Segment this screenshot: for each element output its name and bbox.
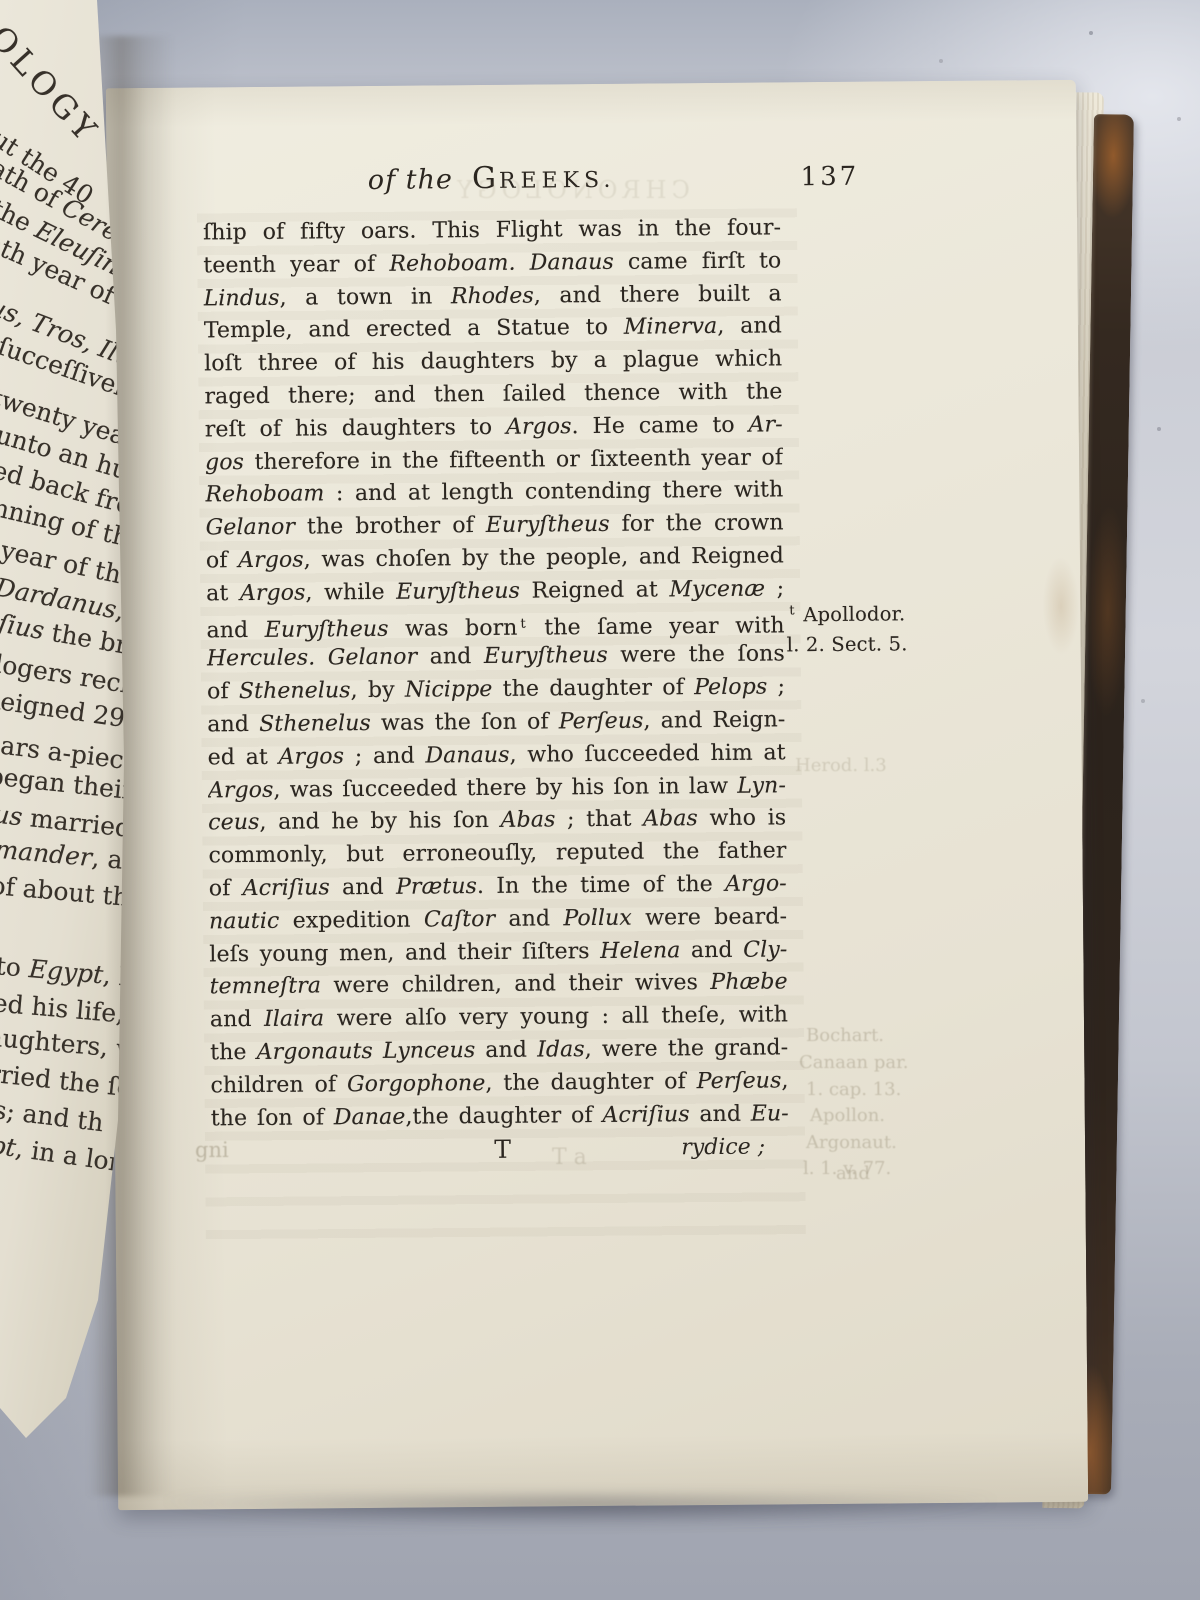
running-title-rest: REEKS.: [499, 168, 616, 194]
text-segment: ; that: [555, 807, 643, 833]
text-segment: teenth year of: [203, 252, 389, 279]
text-segment: was the ſon of: [371, 709, 559, 736]
text-line: and Ilaira were alſo very young : all th…: [210, 999, 788, 1037]
text-segment: and: [206, 617, 264, 643]
text-segment: Argos: [506, 414, 572, 440]
text-segment: Argo-: [725, 871, 787, 897]
text-segment: Nicippe: [405, 677, 493, 703]
text-segment: Cly-: [743, 937, 787, 962]
text-segment: Egypt: [28, 954, 105, 989]
text-segment: , and there built a: [534, 281, 782, 308]
text-segment: and: [330, 875, 396, 901]
text-segment: , was choſen by the people, and Reigned: [304, 543, 784, 572]
text-segment: , a town in: [280, 284, 451, 310]
text-line: reſt of his daughters to Argos. He came …: [205, 409, 783, 447]
text-segment: the daughter of: [492, 675, 694, 702]
text-segment: therefore in the fifteenth or ſixteenth …: [244, 445, 783, 475]
text-segment: Eu-: [751, 1101, 789, 1126]
text-segment: , while: [305, 580, 396, 606]
text-segment: loſt three of his daughters by a plague …: [204, 347, 782, 377]
text-segment: Sthenelus: [239, 678, 351, 704]
text-segment: of: [209, 876, 243, 901]
text-segment: was born: [388, 615, 517, 641]
text-segment: were alſo very young : all theſe, with: [324, 1002, 788, 1031]
text-line: Temple, and erected a Statue to Minerva,…: [204, 311, 782, 349]
text-segment: gos: [205, 450, 244, 475]
text-segment: Hercules.: [207, 646, 316, 672]
signature-row: T rydice ;: [211, 1130, 789, 1168]
text-line: gos therefore in the fifteenth or ſixtee…: [205, 442, 783, 480]
text-segment: of: [207, 679, 239, 704]
text-segment: , and: [717, 314, 782, 340]
catchword: rydice ;: [681, 1131, 765, 1165]
text-line: teenth year of Rehoboam. Danaus came fir…: [203, 245, 781, 283]
text-segment: expedition: [279, 907, 424, 933]
text-segment: of: [206, 548, 238, 573]
text-segment: Prætus: [396, 874, 477, 900]
text-segment: nautic: [209, 909, 279, 935]
text-segment: the ſame year with: [528, 613, 785, 640]
main-text-block: ſhip of fifty oars. This Flight was in t…: [203, 212, 789, 1135]
text-segment: Euryſtheus: [265, 616, 389, 642]
text-segment: Caſtor: [424, 907, 496, 933]
text-line: Argos, was ſucceeded there by his ſon in…: [208, 770, 786, 808]
text-segment: Argos: [238, 548, 304, 574]
text-line: the ſon of Danae,the daughter of Acriſiu…: [211, 1098, 789, 1136]
text-segment: leſs young men, and their ſiſters: [209, 939, 600, 967]
text-segment: Reigned at: [520, 577, 670, 603]
text-segment: were the ſons: [608, 642, 785, 669]
text-segment: at: [206, 581, 240, 606]
text-segment: Ar-: [749, 412, 783, 437]
text-line: nautic expedition Caſtor and Pollux were…: [209, 901, 787, 939]
text-segment: Rehoboam: [205, 482, 324, 508]
running-title-prefix: of the: [368, 164, 453, 196]
text-segment: Rhodes: [451, 283, 534, 309]
text-segment: l. 2. Sect. 5.: [787, 632, 908, 656]
main-page: of the GREEKS. 137 ſhip of fifty oars. T…: [106, 80, 1088, 1510]
text-line: ceus, and he by his ſon Abas ; that Abas…: [208, 803, 786, 841]
text-segment: and: [690, 1101, 751, 1127]
text-segment: Temple, and erected a Statue to: [204, 315, 624, 344]
text-line: raged there; and then ſailed thence with…: [204, 376, 782, 414]
text-segment: Euryſtheus: [396, 578, 520, 604]
text-segment: Euryſtheus: [486, 512, 610, 538]
text-line: at Argos, while Euryſtheus Reigned at My…: [206, 573, 784, 611]
text-segment: Lyn-: [737, 773, 786, 798]
text-segment: : and at length contending there with: [324, 478, 783, 507]
text-segment: came firſt to: [614, 248, 782, 274]
book-shadow: [50, 1496, 1110, 1546]
text-line: the Argonauts Lynceus and Idas, were the…: [210, 1032, 788, 1070]
text-segment: and: [680, 937, 743, 963]
text-segment: arried the ſo: [0, 1057, 133, 1102]
text-line: Hercules. Gelanor and Euryſtheus were th…: [207, 639, 785, 677]
text-segment: Gelanor: [328, 645, 418, 671]
text-segment: ds; and th: [0, 1093, 105, 1137]
left-page-text-fragment: ypt, in a lon: [0, 1128, 127, 1178]
text-segment: Jaſius: [0, 604, 47, 645]
text-segment: . In the time of the: [477, 872, 725, 899]
margin-note-line: l. 2. Sect. 5.: [787, 629, 937, 660]
text-segment: , who ſucceeded him at: [509, 740, 785, 767]
text-segment: Lindus: [204, 285, 280, 311]
text-segment: Acriſius: [243, 875, 330, 901]
text-segment: ,the daughter of: [405, 1102, 602, 1129]
text-line: commonly, but erroneouſly, reputed the f…: [208, 835, 786, 873]
text-segment: Argos: [278, 744, 344, 770]
text-line: Rehoboam : and at length contending ther…: [205, 475, 783, 513]
text-segment: commonly, but erroneouſly, reputed the f…: [208, 838, 786, 868]
text-segment: , and Reign-: [643, 707, 785, 733]
text-segment: Gelanor: [206, 515, 296, 541]
text-segment: , the daughter of: [485, 1069, 697, 1096]
text-segment: Acriſius: [602, 1102, 689, 1128]
running-title: of the GREEKS.: [202, 158, 780, 198]
text-segment: the brother of: [295, 513, 486, 540]
text-segment: and: [475, 1037, 537, 1063]
text-segment: and: [207, 712, 259, 737]
text-line: of Argos, was choſen by the people, and …: [206, 540, 784, 578]
running-title-initial: G: [458, 161, 499, 196]
text-segment: Perſeus: [697, 1068, 782, 1094]
text-segment: temneſtra: [210, 974, 322, 1000]
text-segment: , and he by his ſon: [259, 808, 500, 835]
text-segment: Ilaira: [264, 1007, 324, 1033]
text-segment: Argonauts Lynceus: [257, 1038, 476, 1065]
text-line: of Acriſius and Prætus. In the time of t…: [209, 868, 787, 906]
text-segment: ;: [767, 675, 785, 700]
text-segment: . He came to: [571, 412, 748, 439]
text-segment: Sthenelus: [259, 711, 371, 737]
text-segment: , were the grand-: [585, 1035, 789, 1062]
text-line: and Euryſtheus was bornt the ſame year w…: [206, 606, 784, 644]
signature-mark: T: [494, 1133, 511, 1166]
text-segment: were beard-: [632, 904, 787, 930]
text-segment: and: [417, 644, 484, 670]
text-segment: Pollux: [563, 905, 632, 931]
text-segment: the ſon of: [211, 1105, 334, 1131]
text-line: and Sthenelus was the ſon of Perſeus, an…: [207, 704, 785, 742]
text-segment: ;: [765, 576, 784, 601]
text-segment: and: [495, 906, 563, 932]
text-segment: for the crown: [610, 511, 784, 538]
text-segment: Danaus: [425, 743, 509, 769]
text-segment: and: [210, 1007, 264, 1032]
text-segment: Mycenæ: [669, 576, 765, 602]
text-line: Lindus, a town in Rhodes, and there buil…: [204, 278, 782, 316]
text-segment: Apollodor.: [797, 602, 906, 626]
text-segment: Rehoboam. Danaus: [389, 250, 614, 277]
text-segment: [315, 646, 328, 671]
text-segment: , in a lon: [14, 1134, 127, 1178]
text-line: temneſtra were children, and their wives…: [210, 967, 788, 1005]
text-segment: Euryſtheus: [484, 643, 608, 669]
text-line: children of Gorgophone, the daughter of …: [210, 1065, 788, 1103]
text-segment: Phæbe: [710, 970, 787, 996]
text-line: of Sthenelus, by Nicippe the daughter of…: [207, 672, 785, 710]
text-line: leſs young men, and their ſiſters Helena…: [209, 934, 787, 972]
text-segment: Abas: [501, 808, 556, 833]
page-number: 137: [800, 162, 859, 193]
left-page-text-fragment: ds; and th: [0, 1093, 105, 1137]
text-segment: reſt of his daughters to: [205, 415, 506, 443]
text-segment: Helena: [600, 938, 680, 964]
text-line: ſhip of fifty oars. This Flight was in t…: [203, 212, 781, 250]
text-segment: Minerva: [624, 314, 718, 340]
text-line: loſt three of his daughters by a plague …: [204, 344, 782, 382]
text-segment: the: [210, 1040, 257, 1065]
text-segment: raged there; and then ſailed thence with…: [204, 379, 782, 409]
text-segment: married: [21, 803, 133, 843]
text-segment: t: [517, 616, 527, 631]
text-segment: , by: [351, 678, 406, 703]
text-segment: Idas: [537, 1037, 585, 1062]
margin-note: t Apollodor.l. 2. Sect. 5.: [786, 595, 937, 660]
text-line: Gelanor the brother of Euryſtheus for th…: [206, 508, 784, 546]
text-segment: Perſeus: [559, 709, 644, 735]
text-segment: Danae: [334, 1104, 406, 1130]
book-photograph: of the GREEKS. 137 ſhip of fifty oars. T…: [0, 0, 1200, 1600]
text-segment: children of: [210, 1072, 347, 1098]
text-segment: camander: [0, 832, 93, 872]
text-segment: , was ſucceeded there by his ſon in law: [273, 773, 737, 802]
text-segment: Pelops: [694, 675, 767, 701]
text-segment: ceus: [208, 810, 259, 835]
text-segment: t: [786, 603, 797, 618]
text-segment: ,: [781, 1068, 788, 1093]
text-segment: into: [0, 949, 30, 983]
text-segment: ; and: [344, 743, 426, 769]
text-segment: Argos: [240, 580, 306, 606]
text-segment: Abas: [643, 806, 698, 831]
text-segment: ſhip of fifty oars. This Flight was in t…: [203, 215, 781, 245]
margin-note-line: t Apollodor.: [786, 595, 936, 630]
text-segment: who is: [698, 806, 787, 832]
text-segment: Argos: [208, 777, 274, 803]
text-line: ed at Argos ; and Danaus, who ſucceeded …: [208, 737, 786, 775]
text-segment: Gorgophone: [347, 1071, 486, 1097]
left-page-text-fragment: arried the ſo: [0, 1057, 133, 1102]
text-segment: were children, and their wives: [321, 970, 711, 998]
text-segment: ed at: [208, 745, 279, 771]
